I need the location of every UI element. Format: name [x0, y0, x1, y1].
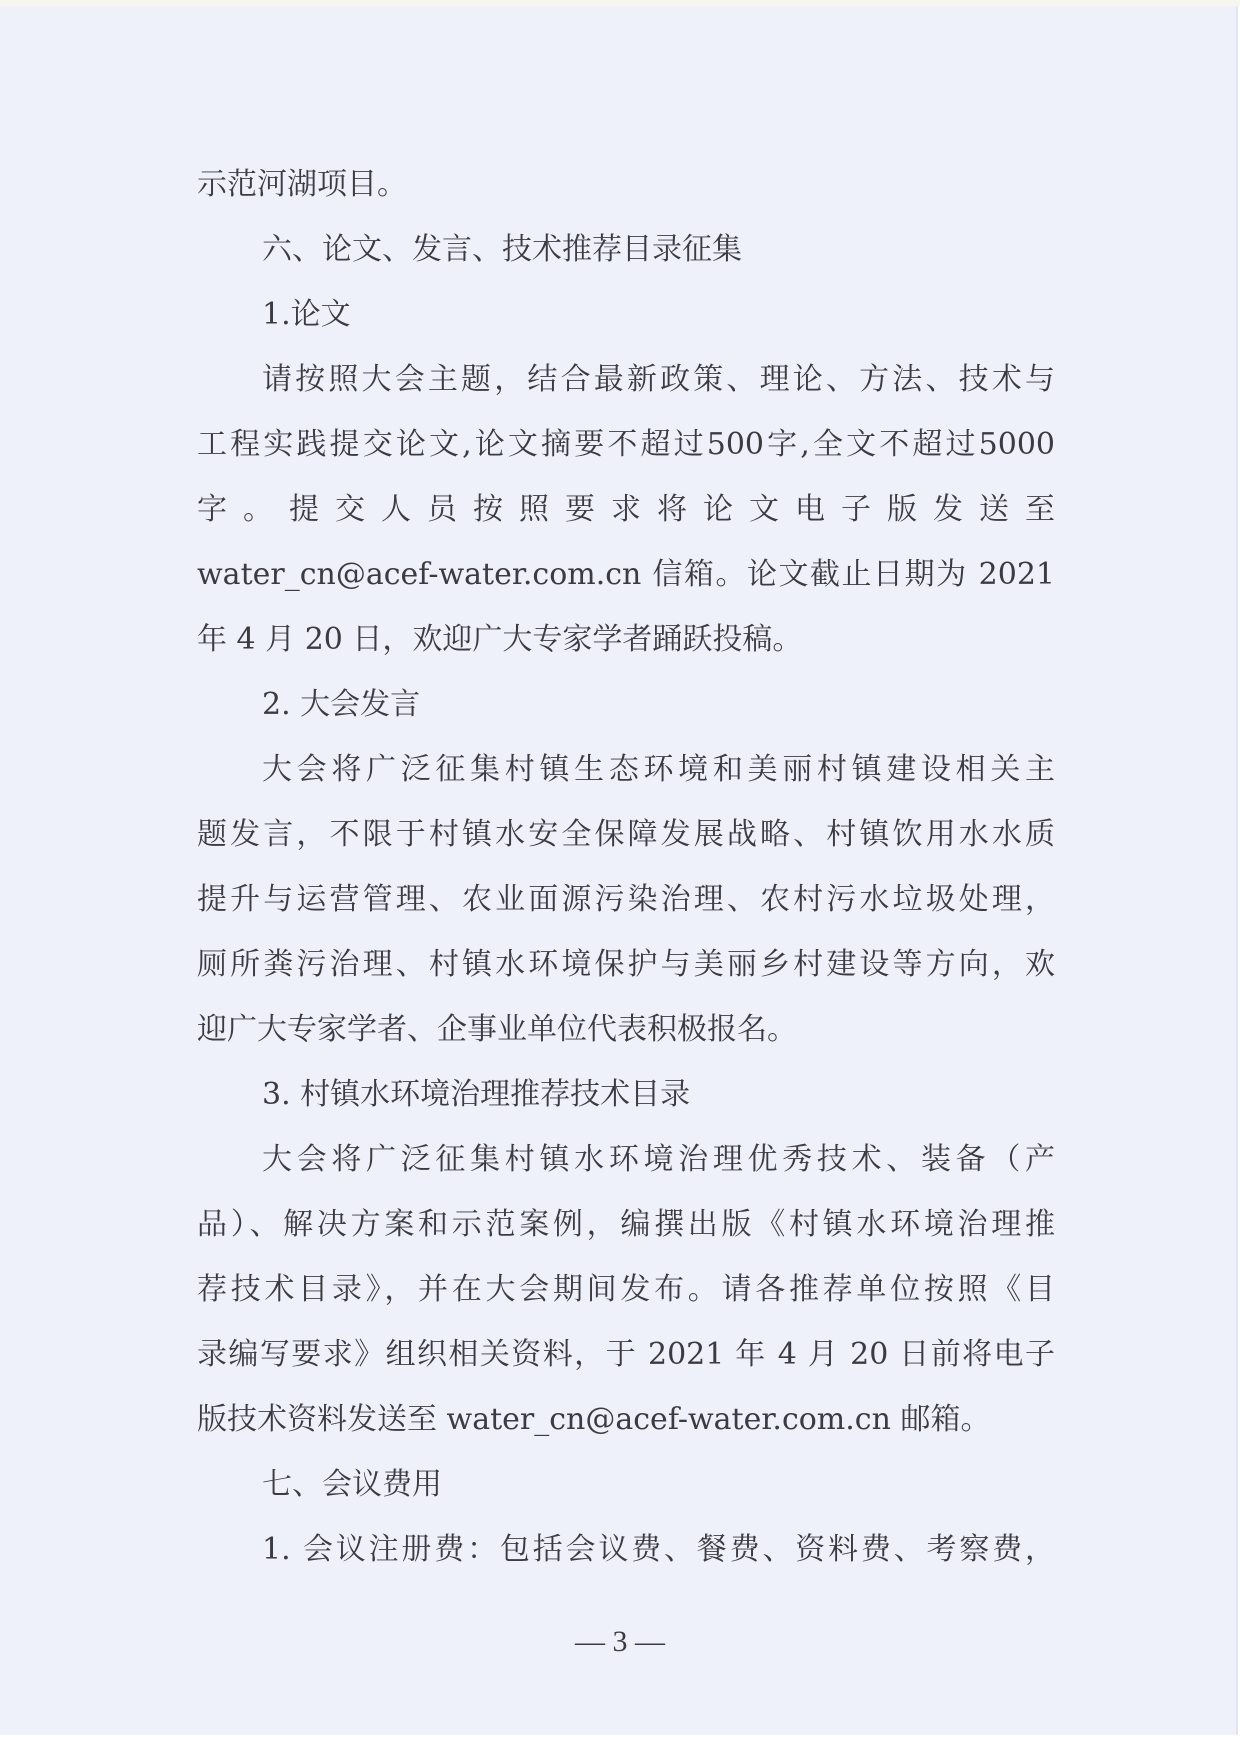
text-line: 品）、解决方案和示范案例，编撰出版《村镇水环境治理推: [197, 1192, 1055, 1257]
text-line: 迎广大专家学者、企事业单位代表积极报名。: [197, 997, 1055, 1062]
section-heading-seven: 七、会议费用: [197, 1452, 1055, 1517]
text-line-email: 版技术资料发送至 water_cn@acef-water.com.cn 邮箱。: [197, 1387, 1055, 1452]
section-heading-six: 六、论文、发言、技术推荐目录征集: [197, 217, 1055, 282]
text-line: 荐技术目录》，并在大会期间发布。请各推荐单位按照《目: [197, 1257, 1055, 1322]
text-line: 1. 会议注册费：包括会议费、餐费、资料费、考察费，: [197, 1517, 1055, 1582]
text-line: 工程实践提交论文,论文摘要不超过500字,全文不超过5000: [197, 412, 1055, 477]
subheading-speeches: 2. 大会发言: [197, 672, 1055, 737]
text-line: 年 4 月 20 日，欢迎广大专家学者踊跃投稿。: [197, 607, 1055, 672]
text-line-email: water_cn@acef-water.com.cn 信箱。论文截止日期为 20…: [197, 542, 1055, 607]
text-line: 大会将广泛征集村镇水环境治理优秀技术、装备（产: [197, 1127, 1055, 1192]
text-line: 大会将广泛征集村镇生态环境和美丽村镇建设相关主: [197, 737, 1055, 802]
page-number: — 3 —: [0, 1625, 1240, 1659]
subheading-tech-catalog: 3. 村镇水环境治理推荐技术目录: [197, 1062, 1055, 1127]
document-body: 示范河湖项目。 六、论文、发言、技术推荐目录征集 1.论文 请按照大会主题，结合…: [197, 152, 1055, 1582]
subheading-papers: 1.论文: [197, 282, 1055, 347]
text-line: 请按照大会主题，结合最新政策、理论、方法、技术与: [197, 347, 1055, 412]
text-line: 字。提交人员按照要求将论文电子版发送至: [197, 477, 1055, 542]
text-line: 录编写要求》组织相关资料，于 2021 年 4 月 20 日前将电子: [197, 1322, 1055, 1387]
text-line: 提升与运营管理、农业面源污染治理、农村污水垃圾处理，: [197, 867, 1055, 932]
text-line: 示范河湖项目。: [197, 152, 1055, 217]
text-line: 厕所粪污治理、村镇水环境保护与美丽乡村建设等方向，欢: [197, 932, 1055, 997]
text-line: 题发言，不限于村镇水安全保障发展战略、村镇饮用水水质: [197, 802, 1055, 867]
